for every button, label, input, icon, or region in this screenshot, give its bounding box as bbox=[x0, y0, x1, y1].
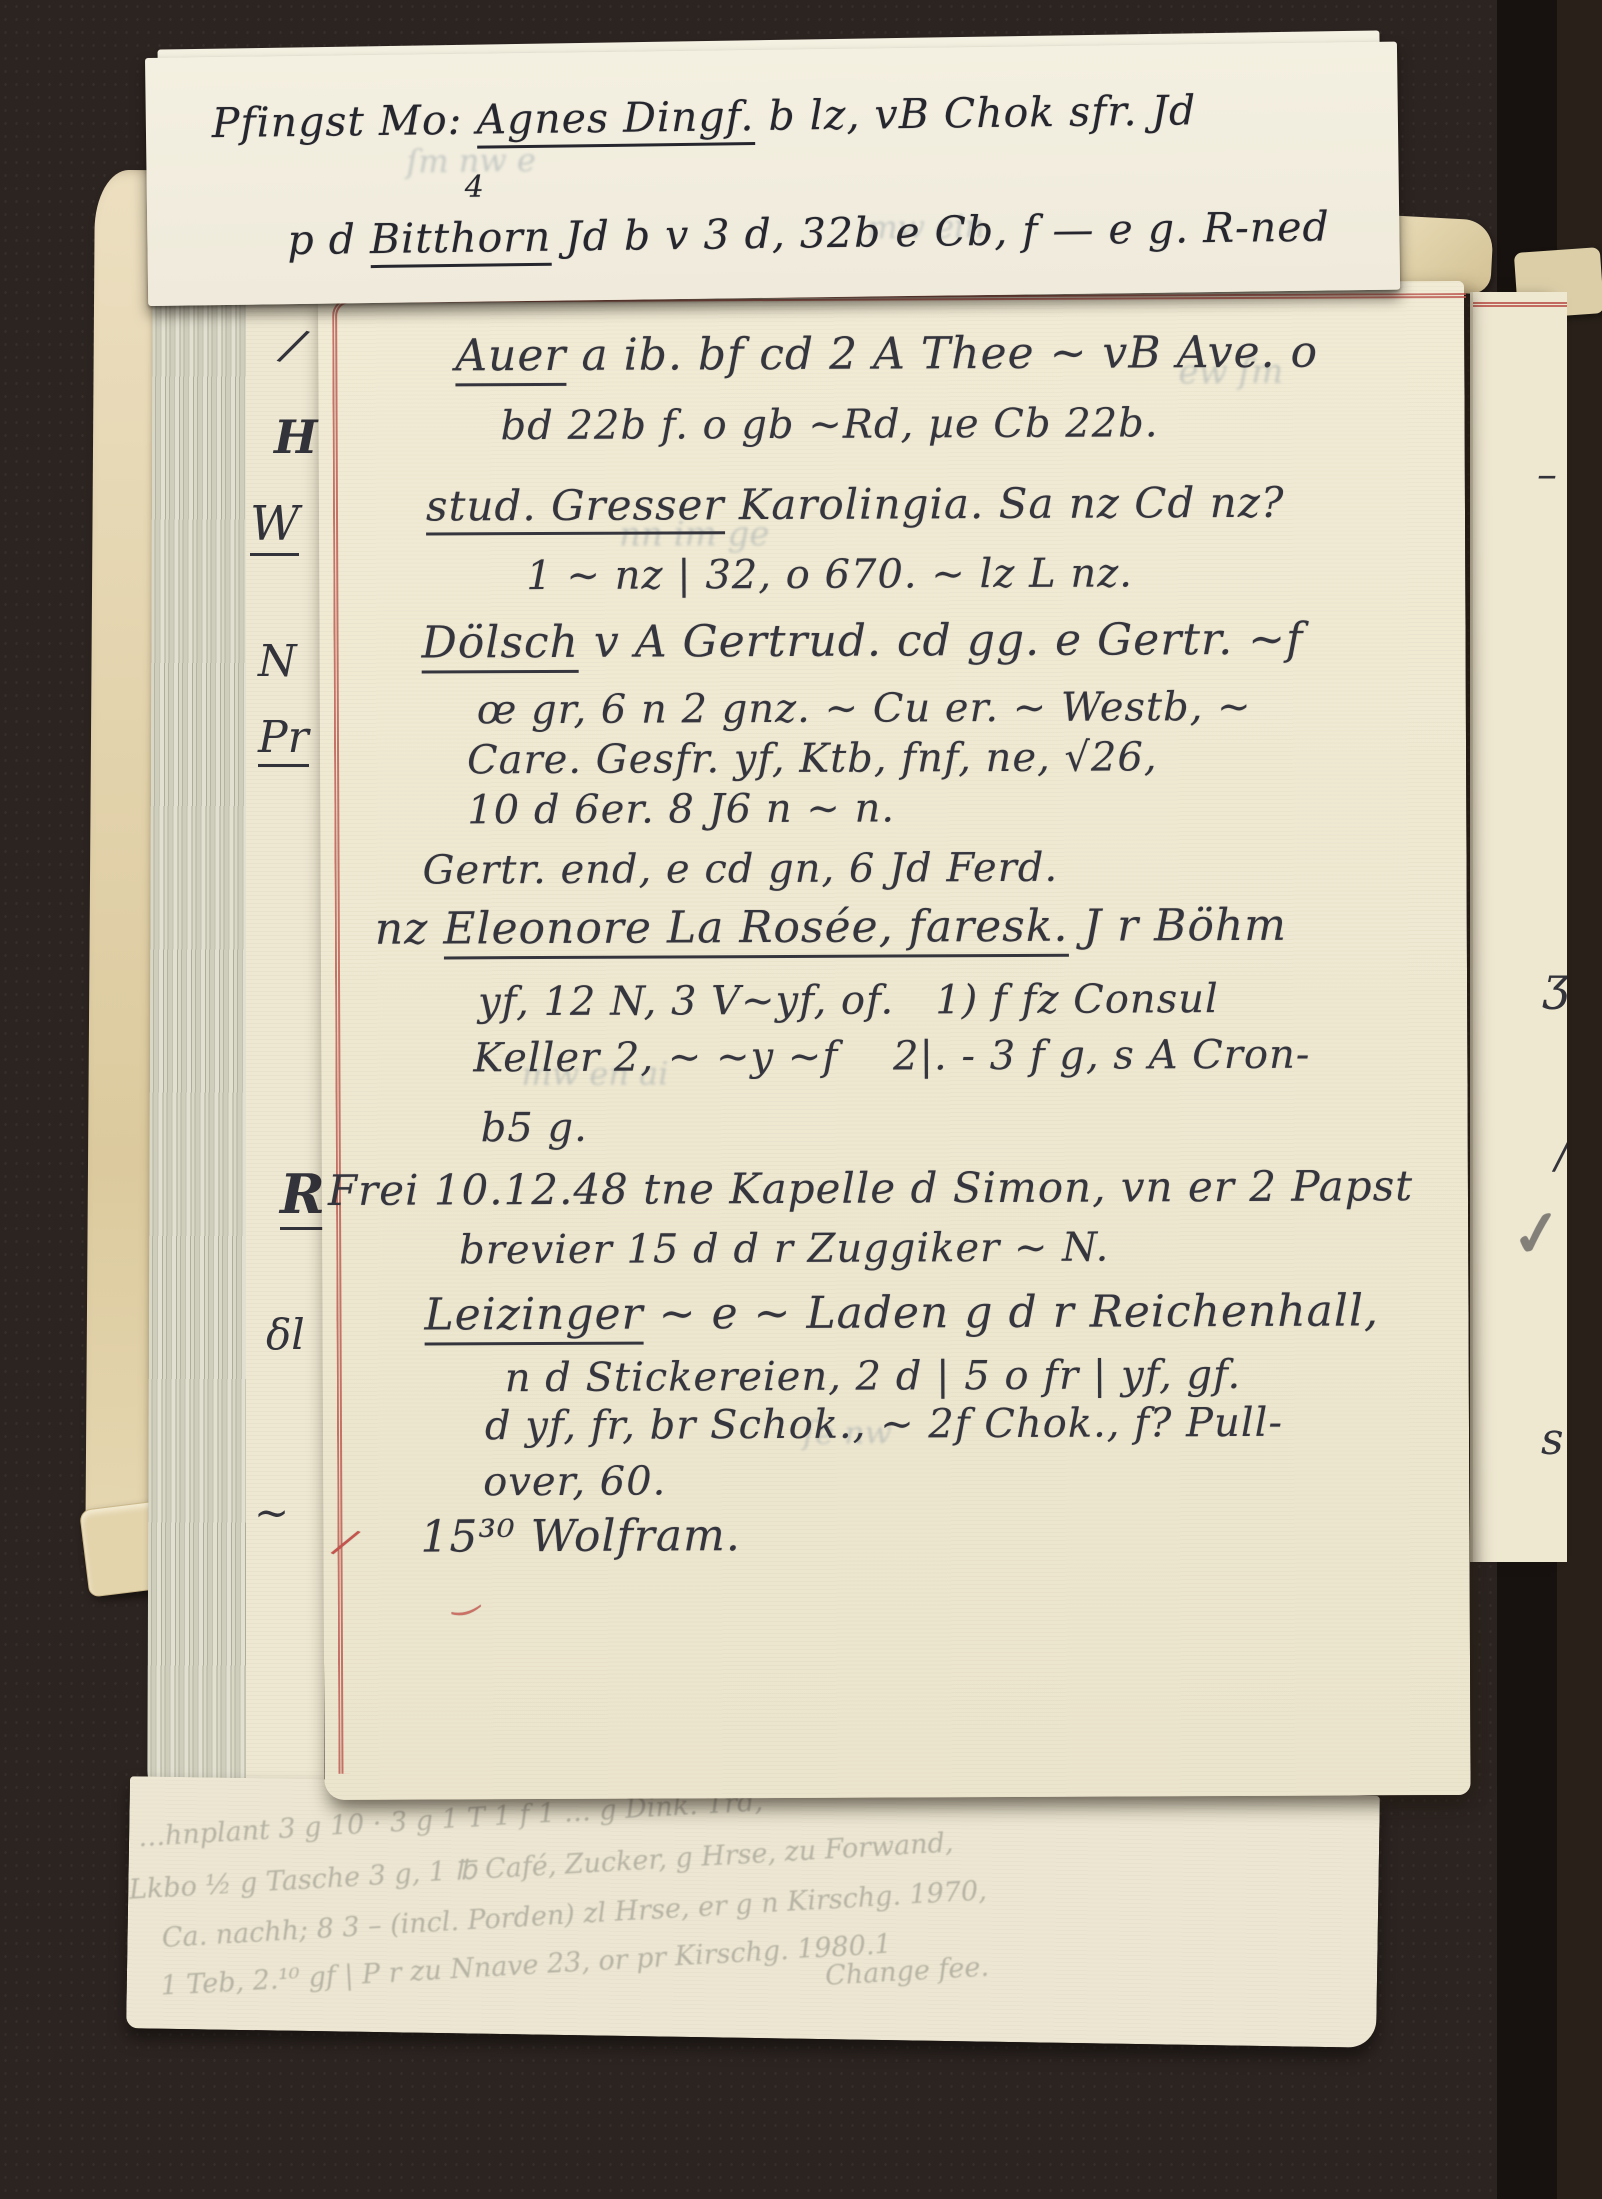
line-segment: a ib. bf cd 2 A Thee ~ vB Ave. o bbox=[566, 327, 1318, 381]
diary-line: yf, 12 N, 3 V~yf, of. 1) f fz Consul bbox=[478, 976, 1219, 1025]
diary-line: Care. Gesfr. yf, Ktb, fnf, ne, √26, bbox=[467, 734, 1158, 783]
underlined-name: Agnes Dingf. bbox=[476, 92, 755, 149]
margin-mark: Ho bbox=[274, 410, 324, 464]
pencil-checkmark: ✓ bbox=[1506, 1194, 1567, 1274]
line-segment: brevier 15 d d r Zuggiker ~ N. bbox=[459, 1225, 1109, 1274]
underlying-page-margin: ∕ Ho W N Pr R δl ~ bbox=[246, 238, 324, 1800]
diary-line: 10 d 6er. 8 J6 n ~ n. bbox=[467, 785, 895, 833]
red-pencil-smudge: ‿ bbox=[445, 1573, 482, 1619]
underlined-name: Bitthorn bbox=[370, 213, 552, 268]
margin-mark: Pr bbox=[258, 712, 309, 767]
line-segment: yf, 12 N, 3 V~yf, of. 1) f fz Consul bbox=[478, 976, 1219, 1025]
slip-line-1: Pfingst Mo: Agnes Dingf. b lz, vB Chok s… bbox=[212, 86, 1197, 147]
diary-line-leizinger: Leizinger ~ e ~ Laden g d r Reichenhall, bbox=[424, 1285, 1379, 1340]
line-segment: v A Gertrud. cd gg. e Gertr. ~f bbox=[579, 614, 1304, 668]
diary-line-gresser: stud. Gresser Karolingia. Sa nz Cd nz? bbox=[426, 478, 1285, 531]
bottom-pencil-page: …hnplant 3 g 10 · 3 g 1 T 1 f 1 … g Dink… bbox=[126, 1776, 1380, 2048]
page-edge-stack bbox=[147, 232, 253, 1810]
main-diary-page: nn im ge ew ſm mw en ai ſe nw Auer a ib.… bbox=[318, 281, 1471, 1800]
line-segment: b5 g. bbox=[481, 1105, 588, 1151]
diary-line: bd 22b f. o gb ~Rd, µe Cb 22b. bbox=[501, 400, 1159, 449]
diary-line: d yf, fr, br Schok., ~ 2f Chok., f? Pull… bbox=[485, 1400, 1283, 1449]
line-segment: n d Stickereien, 2 d | 5 o fr | yf, gf. bbox=[505, 1352, 1242, 1401]
margin-mark: N bbox=[258, 636, 297, 687]
line-segment: bd 22b f. o gb ~Rd, µe Cb 22b. bbox=[501, 400, 1159, 449]
diary-line-doelsch: Dölsch v A Gertrud. cd gg. e Gertr. ~f bbox=[421, 614, 1303, 669]
line-segment: p d bbox=[287, 215, 370, 264]
line-segment: d yf, fr, br Schok., ~ 2f Chok., f? Pull… bbox=[485, 1400, 1283, 1449]
underlined-name: Dölsch bbox=[421, 617, 579, 674]
line-segment: ~ e ~ Laden g d r Reichenhall, bbox=[644, 1285, 1380, 1339]
line-segment: 10 d 6er. 8 J6 n ~ n. bbox=[467, 785, 895, 833]
line-segment: Karolingia. Sa nz Cd nz? bbox=[724, 478, 1284, 529]
underlined-name: Eleonore La Rosée, faresk. bbox=[443, 901, 1068, 960]
pencil-text-block: …hnplant 3 g 10 · 3 g 1 T 1 f 1 … g Dink… bbox=[126, 1776, 1375, 2039]
diary-line-frei: Frei 10.12.48 tne Kapelle d Simon, vn er… bbox=[328, 1161, 1413, 1215]
sliver-ink-mark: – bbox=[1537, 452, 1557, 498]
facing-page-sliver: – ʒ ✓ ∕ s bbox=[1470, 292, 1567, 1562]
margin-mark: W bbox=[250, 496, 299, 556]
line-segment: Frei 10.12.48 tne Kapelle d Simon, vn er… bbox=[328, 1161, 1413, 1215]
diary-line: 1 ~ nz | 32, o 670. ~ lz L nz. bbox=[526, 550, 1133, 599]
margin-mark: R bbox=[280, 1162, 324, 1230]
line-segment: Jd b v 3 d, 32b e Cb, f — e g. R-ned bbox=[551, 203, 1330, 261]
red-pencil-tick: ∕ bbox=[331, 1519, 361, 1565]
red-rule-line bbox=[1473, 302, 1567, 307]
sliver-ink-mark: ∕ bbox=[1555, 1132, 1567, 1178]
diary-line-larosee: nz Eleonore La Rosée, faresk. J r Böhm bbox=[375, 900, 1287, 955]
underlined-name: stud. Gresser bbox=[426, 480, 725, 535]
diary-line: brevier 15 d d r Zuggiker ~ N. bbox=[459, 1225, 1109, 1274]
slip-interline-mark: 4 bbox=[464, 170, 485, 205]
diary-line: b5 g. bbox=[481, 1105, 588, 1151]
line-segment: J r Böhm bbox=[1068, 900, 1287, 952]
margin-mark: δl bbox=[266, 1310, 305, 1359]
line-segment: 1 ~ nz | 32, o 670. ~ lz L nz. bbox=[526, 550, 1133, 599]
diary-line: over, 60. bbox=[483, 1458, 666, 1505]
diary-line-wolfram: 15³⁰ Wolfram. bbox=[420, 1510, 741, 1562]
sliver-ink-mark: ʒ bbox=[1543, 956, 1567, 1010]
line-segment: over, 60. bbox=[483, 1458, 666, 1505]
line-segment: nz bbox=[375, 903, 444, 954]
sliver-ink-mark: s bbox=[1541, 1414, 1564, 1465]
line-segment: 15³⁰ Wolfram. bbox=[420, 1510, 741, 1562]
line-segment: b lz, vB Chok sfr. Jd bbox=[754, 86, 1196, 140]
diary-line: œ gr, 6 n 2 gnz. ~ Cu er. ~ Westb, ~ bbox=[477, 684, 1252, 733]
diary-line: n d Stickereien, 2 d | 5 o fr | yf, gf. bbox=[505, 1352, 1242, 1401]
line-segment: œ gr, 6 n 2 gnz. ~ Cu er. ~ Westb, ~ bbox=[477, 684, 1252, 733]
paper-slip: ſm nw e mw ein Pfingst Mo: Agnes Dingf. … bbox=[145, 42, 1400, 306]
underlined-name: Auer bbox=[455, 330, 566, 386]
margin-mark: ∕ bbox=[278, 317, 309, 373]
diary-line-gertr: Gertr. end, e cd gn, 6 Jd Ferd. bbox=[422, 845, 1058, 894]
diary-line-keller: Keller 2, ~ ~y ~f 2|. - 3 f g, s A Cron- bbox=[473, 1032, 1310, 1082]
underlined-name: Leizinger bbox=[424, 1289, 643, 1346]
margin-mark: ~ bbox=[254, 1488, 289, 1537]
slip-line-2: p d Bitthorn Jd b v 3 d, 32b e Cb, f — e… bbox=[287, 203, 1330, 265]
line-segment: Care. Gesfr. yf, Ktb, fnf, ne, √26, bbox=[467, 734, 1158, 783]
photographed-diary-scene: ∕ Ho W N Pr R δl ~ …hnplant 3 g 10 · 3 g… bbox=[0, 0, 1602, 2199]
line-segment: Pfingst Mo: bbox=[212, 96, 477, 147]
line-segment: Keller 2, ~ ~y ~f 2|. - 3 f g, s A Cron- bbox=[473, 1032, 1310, 1082]
diary-line-auer: Auer a ib. bf cd 2 A Thee ~ vB Ave. o bbox=[455, 327, 1318, 382]
line-segment: Gertr. end, e cd gn, 6 Jd Ferd. bbox=[422, 845, 1058, 894]
